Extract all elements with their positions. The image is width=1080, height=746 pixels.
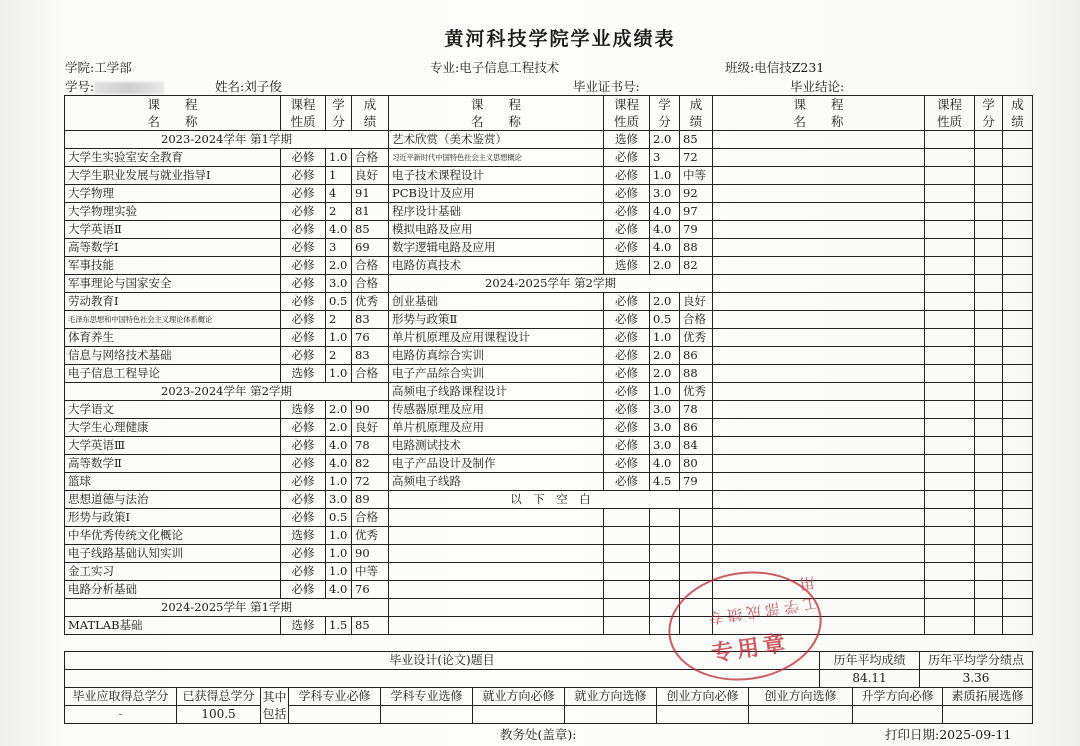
course-row: 军事理论与国家安全必修3.0合格 bbox=[65, 275, 389, 293]
course-type: 必修 bbox=[604, 203, 650, 221]
course-name: 单片机原理及应用 bbox=[389, 419, 604, 437]
academic-office-seal-label: 教务处(盖章): bbox=[500, 725, 576, 743]
empty-row bbox=[713, 329, 1033, 347]
course-credit: 4.0 bbox=[650, 239, 680, 257]
course-row: 电路仿真技术选修2.082 bbox=[389, 257, 713, 275]
grades-table-column-2: 课 程名 称课程性质学分成绩艺术欣赏（美术鉴赏）选修2.085习近平新时代中国特… bbox=[388, 95, 713, 635]
course-row: 大学生心理健康必修2.0良好 bbox=[65, 419, 389, 437]
transcript-page: 黄河科技学院学业成绩表 学院:工学部 专业:电子信息工程技术 班级:电信技Z23… bbox=[0, 0, 1080, 746]
empty-row bbox=[389, 509, 713, 527]
course-row: 电路分析基础必修4.076 bbox=[65, 581, 389, 599]
category-1: 学科专业选修 bbox=[381, 688, 473, 706]
course-score: 72 bbox=[680, 149, 713, 167]
course-credit: 1.0 bbox=[650, 167, 680, 185]
empty-row bbox=[713, 185, 1033, 203]
course-score: 83 bbox=[352, 347, 389, 365]
grades-table-column-3: 课 程名 称课程性质学分成绩 bbox=[712, 95, 1033, 635]
grades-table-column-1: 课 程名 称课程性质学分成绩2023-2024学年 第1学期大学生实验室安全教育… bbox=[64, 95, 389, 635]
course-credit: 1.0 bbox=[326, 365, 352, 383]
course-credit: 2 bbox=[326, 203, 352, 221]
course-score: 90 bbox=[352, 545, 389, 563]
course-credit: 2 bbox=[326, 347, 352, 365]
credits-summary-table: 毕业应取得总学分 已获得总学分 其中 包括 学科专业必修 学科专业选修 就业方向… bbox=[64, 687, 1033, 724]
course-credit: 2.0 bbox=[650, 293, 680, 311]
course-type: 必修 bbox=[604, 365, 650, 383]
course-row: 模拟电路及应用必修4.079 bbox=[389, 221, 713, 239]
course-row: PCB设计及应用必修3.092 bbox=[389, 185, 713, 203]
course-name: 高等数学Ⅰ bbox=[65, 239, 281, 257]
course-name: 形势与政策Ⅰ bbox=[65, 509, 281, 527]
course-type: 必修 bbox=[281, 239, 326, 257]
course-type: 必修 bbox=[604, 455, 650, 473]
course-name: 形势与政策Ⅱ bbox=[389, 311, 604, 329]
course-credit: 2.0 bbox=[650, 131, 680, 149]
header-course-name: 课 程名 称 bbox=[713, 96, 925, 131]
course-credit: 3 bbox=[326, 239, 352, 257]
header-credit: 学分 bbox=[326, 96, 352, 131]
course-row: 习近平新时代中国特色社会主义思想概论必修372 bbox=[389, 149, 713, 167]
course-row: 单片机原理及应用必修3.086 bbox=[389, 419, 713, 437]
course-row: 电子产品综合实训必修2.088 bbox=[389, 365, 713, 383]
course-name: 创业基础 bbox=[389, 293, 604, 311]
course-type: 必修 bbox=[604, 347, 650, 365]
course-row: 电子技术课程设计必修1.0中等 bbox=[389, 167, 713, 185]
course-row: 大学语文选修2.090 bbox=[65, 401, 389, 419]
category-3: 就业方向选修 bbox=[565, 688, 657, 706]
course-row: 体育养生必修1.076 bbox=[65, 329, 389, 347]
empty-row bbox=[389, 581, 713, 599]
course-credit: 0.5 bbox=[326, 293, 352, 311]
course-credit: 2.0 bbox=[650, 257, 680, 275]
course-score: 83 bbox=[352, 311, 389, 329]
course-credit: 3.0 bbox=[650, 437, 680, 455]
course-credit: 4.0 bbox=[650, 221, 680, 239]
course-type: 必修 bbox=[604, 473, 650, 491]
course-name: 思想道德与法治 bbox=[65, 491, 281, 509]
course-type: 必修 bbox=[604, 167, 650, 185]
course-row: MATLAB基础选修1.585 bbox=[65, 617, 389, 635]
course-type: 选修 bbox=[604, 257, 650, 275]
empty-row bbox=[713, 401, 1033, 419]
course-score: 优秀 bbox=[680, 329, 713, 347]
course-credit: 3.0 bbox=[326, 491, 352, 509]
course-name: 大学生心理健康 bbox=[65, 419, 281, 437]
course-credit: 4.5 bbox=[650, 473, 680, 491]
course-credit: 3.0 bbox=[650, 185, 680, 203]
course-score: 合格 bbox=[352, 257, 389, 275]
print-date: 打印日期:2025-09-11 bbox=[885, 725, 1011, 743]
course-name: 大学英语Ⅱ bbox=[65, 221, 281, 239]
course-score: 88 bbox=[680, 365, 713, 383]
course-credit: 2 bbox=[326, 311, 352, 329]
course-score: 中等 bbox=[680, 167, 713, 185]
course-row: 创业基础必修2.0良好 bbox=[389, 293, 713, 311]
course-name: 大学生实验室安全教育 bbox=[65, 149, 281, 167]
course-name: 电路分析基础 bbox=[65, 581, 281, 599]
course-score: 82 bbox=[680, 257, 713, 275]
including-label: 其中 包括 bbox=[261, 688, 289, 724]
empty-row bbox=[713, 527, 1033, 545]
course-type: 必修 bbox=[604, 293, 650, 311]
course-score: 76 bbox=[352, 581, 389, 599]
header-score: 成绩 bbox=[352, 96, 389, 131]
course-name: 大学语文 bbox=[65, 401, 281, 419]
course-type: 必修 bbox=[281, 275, 326, 293]
header-score: 成绩 bbox=[680, 96, 713, 131]
category-2: 就业方向必修 bbox=[473, 688, 565, 706]
course-type: 必修 bbox=[281, 419, 326, 437]
empty-row bbox=[713, 239, 1033, 257]
course-type: 必修 bbox=[604, 149, 650, 167]
course-credit: 1.0 bbox=[326, 527, 352, 545]
course-score: 80 bbox=[680, 455, 713, 473]
course-score: 86 bbox=[680, 347, 713, 365]
course-score: 合格 bbox=[352, 365, 389, 383]
course-type: 必修 bbox=[281, 509, 326, 527]
course-credit: 2.0 bbox=[326, 401, 352, 419]
course-score: 90 bbox=[352, 401, 389, 419]
course-row: 大学物理必修491 bbox=[65, 185, 389, 203]
course-credit: 3 bbox=[650, 149, 680, 167]
course-row: 电子产品设计及制作必修4.080 bbox=[389, 455, 713, 473]
semester-header: 2024-2025学年 第1学期 bbox=[65, 599, 389, 617]
course-row: 大学生职业发展与就业指导Ⅰ必修1良好 bbox=[65, 167, 389, 185]
course-score: 78 bbox=[352, 437, 389, 455]
course-type: 必修 bbox=[281, 347, 326, 365]
category-7: 素质拓展选修 bbox=[943, 688, 1033, 706]
category-5: 创业方向选修 bbox=[749, 688, 853, 706]
empty-row bbox=[713, 203, 1033, 221]
course-row: 中华优秀传统文化概论选修1.0优秀 bbox=[65, 527, 389, 545]
course-score: 合格 bbox=[352, 149, 389, 167]
avg-gpa-label: 历年平均学分绩点 bbox=[920, 652, 1033, 670]
course-credit: 1.0 bbox=[326, 329, 352, 347]
course-score: 84 bbox=[680, 437, 713, 455]
course-type: 必修 bbox=[281, 437, 326, 455]
course-score: 合格 bbox=[352, 275, 389, 293]
course-credit: 3.0 bbox=[326, 275, 352, 293]
document-title: 黄河科技学院学业成绩表 bbox=[0, 24, 1080, 51]
course-type: 选修 bbox=[281, 401, 326, 419]
course-row: 大学英语Ⅱ必修4.085 bbox=[65, 221, 389, 239]
empty-row bbox=[713, 419, 1033, 437]
course-name: 篮球 bbox=[65, 473, 281, 491]
header-course-name: 课 程名 称 bbox=[65, 96, 281, 131]
empty-row bbox=[389, 527, 713, 545]
empty-row bbox=[389, 599, 713, 617]
course-type: 必修 bbox=[604, 419, 650, 437]
course-row: 艺术欣赏（美术鉴赏）选修2.085 bbox=[389, 131, 713, 149]
course-name: 传感器原理及应用 bbox=[389, 401, 604, 419]
course-row: 高频电子线路课程设计必修1.0优秀 bbox=[389, 383, 713, 401]
course-name: 高频电子线路 bbox=[389, 473, 604, 491]
semester-header: 2023-2024学年 第2学期 bbox=[65, 383, 389, 401]
table-header-row: 课 程名 称课程性质学分成绩 bbox=[713, 96, 1033, 131]
course-type: 选修 bbox=[604, 131, 650, 149]
course-type: 必修 bbox=[281, 563, 326, 581]
course-credit: 4.0 bbox=[326, 581, 352, 599]
course-row: 大学生实验室安全教育必修1.0合格 bbox=[65, 149, 389, 167]
course-name: 习近平新时代中国特色社会主义思想概论 bbox=[389, 149, 604, 167]
course-credit: 0.5 bbox=[326, 509, 352, 527]
course-name: 高频电子线路课程设计 bbox=[389, 383, 604, 401]
course-credit: 2.0 bbox=[650, 365, 680, 383]
student-name: 姓名:刘子俊 bbox=[215, 77, 282, 95]
header-course-type: 课程性质 bbox=[604, 96, 650, 131]
course-row: 信息与网络技术基础必修283 bbox=[65, 347, 389, 365]
course-row: 电路仿真综合实训必修2.086 bbox=[389, 347, 713, 365]
course-score: 86 bbox=[680, 419, 713, 437]
course-row: 形势与政策Ⅰ必修0.5合格 bbox=[65, 509, 389, 527]
course-type: 必修 bbox=[604, 239, 650, 257]
course-row: 毛泽东思想和中国特色社会主义理论体系概论必修283 bbox=[65, 311, 389, 329]
course-name: 电路仿真技术 bbox=[389, 257, 604, 275]
course-row: 军事技能必修2.0合格 bbox=[65, 257, 389, 275]
course-score: 81 bbox=[352, 203, 389, 221]
empty-row bbox=[713, 491, 1033, 509]
course-type: 必修 bbox=[604, 221, 650, 239]
empty-row bbox=[713, 509, 1033, 527]
course-row: 高等数学Ⅱ必修4.082 bbox=[65, 455, 389, 473]
course-score: 76 bbox=[352, 329, 389, 347]
course-credit: 4.0 bbox=[650, 203, 680, 221]
earned-credits-label: 已获得总学分 bbox=[177, 688, 261, 706]
course-score: 85 bbox=[352, 221, 389, 239]
course-row: 高频电子线路必修4.579 bbox=[389, 473, 713, 491]
course-credit: 4.0 bbox=[650, 455, 680, 473]
course-name: 电子产品设计及制作 bbox=[389, 455, 604, 473]
course-name: 中华优秀传统文化概论 bbox=[65, 527, 281, 545]
course-type: 选修 bbox=[281, 617, 326, 635]
empty-row bbox=[713, 545, 1033, 563]
course-type: 必修 bbox=[281, 545, 326, 563]
empty-row bbox=[713, 455, 1033, 473]
course-score: 良好 bbox=[352, 167, 389, 185]
header-course-type: 课程性质 bbox=[281, 96, 326, 131]
course-row: 高等数学Ⅰ必修369 bbox=[65, 239, 389, 257]
empty-row bbox=[389, 563, 713, 581]
course-score: 69 bbox=[352, 239, 389, 257]
course-name: 模拟电路及应用 bbox=[389, 221, 604, 239]
course-credit: 2.0 bbox=[326, 419, 352, 437]
course-type: 选修 bbox=[281, 365, 326, 383]
course-type: 必修 bbox=[281, 581, 326, 599]
course-score: 优秀 bbox=[352, 527, 389, 545]
course-type: 必修 bbox=[281, 257, 326, 275]
course-score: 92 bbox=[680, 185, 713, 203]
table-header-row: 课 程名 称课程性质学分成绩 bbox=[65, 96, 389, 131]
course-name: 数字逻辑电路及应用 bbox=[389, 239, 604, 257]
course-row: 传感器原理及应用必修3.078 bbox=[389, 401, 713, 419]
semester-header: 以 下 空 白 bbox=[389, 491, 713, 509]
course-score: 合格 bbox=[680, 311, 713, 329]
header-credit: 学分 bbox=[650, 96, 680, 131]
course-type: 必修 bbox=[281, 491, 326, 509]
avg-score-value: 84.11 bbox=[820, 670, 920, 688]
empty-row bbox=[713, 365, 1033, 383]
course-type: 必修 bbox=[281, 311, 326, 329]
course-name: 信息与网络技术基础 bbox=[65, 347, 281, 365]
required-credits-value: - bbox=[65, 706, 177, 724]
course-score: 79 bbox=[680, 221, 713, 239]
course-score: 82 bbox=[352, 455, 389, 473]
empty-row bbox=[389, 545, 713, 563]
header-credit: 学分 bbox=[975, 96, 1003, 131]
course-row: 金工实习必修1.0中等 bbox=[65, 563, 389, 581]
course-row: 电路测试技术必修3.084 bbox=[389, 437, 713, 455]
course-type: 必修 bbox=[281, 329, 326, 347]
course-type: 必修 bbox=[604, 401, 650, 419]
header-score: 成绩 bbox=[1003, 96, 1033, 131]
course-credit: 4.0 bbox=[326, 437, 352, 455]
course-name: 单片机原理及应用课程设计 bbox=[389, 329, 604, 347]
header-course-name: 课 程名 称 bbox=[389, 96, 604, 131]
course-score: 97 bbox=[680, 203, 713, 221]
course-type: 选修 bbox=[281, 527, 326, 545]
course-type: 必修 bbox=[604, 383, 650, 401]
college-label: 学院:工学部 bbox=[65, 58, 132, 76]
course-name: 电子线路基础认知实训 bbox=[65, 545, 281, 563]
empty-row bbox=[713, 383, 1033, 401]
course-score: 78 bbox=[680, 401, 713, 419]
course-credit: 4 bbox=[326, 185, 352, 203]
course-score: 合格 bbox=[352, 509, 389, 527]
course-name: 艺术欣赏（美术鉴赏） bbox=[389, 131, 604, 149]
course-name: 军事理论与国家安全 bbox=[65, 275, 281, 293]
course-row: 电子信息工程导论选修1.0合格 bbox=[65, 365, 389, 383]
course-type: 必修 bbox=[281, 185, 326, 203]
course-credit: 1.0 bbox=[650, 329, 680, 347]
course-type: 必修 bbox=[281, 473, 326, 491]
course-score: 优秀 bbox=[352, 293, 389, 311]
thesis-summary-table: 毕业设计(论文)题目 历年平均成绩 历年平均学分绩点 84.11 3.36 bbox=[64, 651, 1033, 688]
seal-main-text: 专用章 bbox=[709, 626, 791, 668]
course-row: 电子线路基础认知实训必修1.090 bbox=[65, 545, 389, 563]
course-row: 大学物理实验必修281 bbox=[65, 203, 389, 221]
course-credit: 4.0 bbox=[326, 455, 352, 473]
course-type: 必修 bbox=[604, 329, 650, 347]
class-label: 班级:电信技Z231 bbox=[725, 58, 824, 76]
course-row: 劳动教育Ⅰ必修0.5优秀 bbox=[65, 293, 389, 311]
course-score: 72 bbox=[352, 473, 389, 491]
course-credit: 0.5 bbox=[650, 311, 680, 329]
course-name: 毛泽东思想和中国特色社会主义理论体系概论 bbox=[65, 311, 281, 329]
course-type: 必修 bbox=[604, 437, 650, 455]
course-row: 思想道德与法治必修3.089 bbox=[65, 491, 389, 509]
major-label: 专业:电子信息工程技术 bbox=[430, 58, 559, 76]
course-name: 电子技术课程设计 bbox=[389, 167, 604, 185]
empty-row bbox=[713, 149, 1033, 167]
course-type: 必修 bbox=[281, 455, 326, 473]
course-score: 91 bbox=[352, 185, 389, 203]
course-type: 必修 bbox=[281, 149, 326, 167]
course-type: 必修 bbox=[281, 221, 326, 239]
course-row: 程序设计基础必修4.097 bbox=[389, 203, 713, 221]
semester-header: 2024-2025学年 第2学期 bbox=[389, 275, 713, 293]
avg-score-label: 历年平均成绩 bbox=[820, 652, 920, 670]
course-score: 良好 bbox=[352, 419, 389, 437]
empty-row bbox=[713, 257, 1033, 275]
course-credit: 1.0 bbox=[326, 149, 352, 167]
course-name: PCB设计及应用 bbox=[389, 185, 604, 203]
seal-ring-text: 工学部成绩专用 bbox=[694, 572, 819, 630]
category-0: 学科专业必修 bbox=[289, 688, 381, 706]
category-4: 创业方向必修 bbox=[657, 688, 749, 706]
course-name: 体育养生 bbox=[65, 329, 281, 347]
course-credit: 4.0 bbox=[326, 221, 352, 239]
empty-row bbox=[713, 167, 1033, 185]
avg-gpa-value: 3.36 bbox=[920, 670, 1033, 688]
required-credits-label: 毕业应取得总学分 bbox=[65, 688, 177, 706]
student-id-label: 学号: bbox=[65, 79, 94, 94]
course-name: 大学英语Ⅲ bbox=[65, 437, 281, 455]
empty-row bbox=[713, 293, 1033, 311]
course-credit: 2.0 bbox=[650, 347, 680, 365]
course-name: 大学物理实验 bbox=[65, 203, 281, 221]
empty-row bbox=[713, 311, 1033, 329]
empty-row bbox=[713, 221, 1033, 239]
earned-credits-value: 100.5 bbox=[177, 706, 261, 724]
course-type: 必修 bbox=[604, 311, 650, 329]
course-name: 电路测试技术 bbox=[389, 437, 604, 455]
empty-row bbox=[713, 347, 1033, 365]
course-score: 中等 bbox=[352, 563, 389, 581]
course-type: 必修 bbox=[281, 167, 326, 185]
course-type: 必修 bbox=[281, 203, 326, 221]
course-name: MATLAB基础 bbox=[65, 617, 281, 635]
category-6: 升学方向必修 bbox=[853, 688, 943, 706]
course-row: 单片机原理及应用课程设计必修1.0优秀 bbox=[389, 329, 713, 347]
course-name: 劳动教育Ⅰ bbox=[65, 293, 281, 311]
redacted-id bbox=[94, 82, 164, 94]
course-score: 89 bbox=[352, 491, 389, 509]
course-credit: 1.0 bbox=[326, 545, 352, 563]
course-name: 电子信息工程导论 bbox=[65, 365, 281, 383]
course-name: 高等数学Ⅱ bbox=[65, 455, 281, 473]
course-row: 篮球必修1.072 bbox=[65, 473, 389, 491]
course-name: 程序设计基础 bbox=[389, 203, 604, 221]
course-row: 数字逻辑电路及应用必修4.088 bbox=[389, 239, 713, 257]
course-credit: 1.0 bbox=[326, 473, 352, 491]
course-credit: 1.5 bbox=[326, 617, 352, 635]
course-name: 电子产品综合实训 bbox=[389, 365, 604, 383]
semester-header: 2023-2024学年 第1学期 bbox=[65, 131, 389, 149]
course-score: 85 bbox=[680, 131, 713, 149]
course-score: 88 bbox=[680, 239, 713, 257]
course-score: 优秀 bbox=[680, 383, 713, 401]
certificate-number-label: 毕业证书号: bbox=[573, 77, 640, 95]
empty-row bbox=[713, 275, 1033, 293]
course-score: 85 bbox=[352, 617, 389, 635]
header-course-type: 课程性质 bbox=[925, 96, 975, 131]
course-name: 金工实习 bbox=[65, 563, 281, 581]
course-name: 大学物理 bbox=[65, 185, 281, 203]
table-header-row: 课 程名 称课程性质学分成绩 bbox=[389, 96, 713, 131]
course-credit: 1.0 bbox=[650, 383, 680, 401]
empty-row bbox=[713, 473, 1033, 491]
course-name: 军事技能 bbox=[65, 257, 281, 275]
course-credit: 2.0 bbox=[326, 257, 352, 275]
course-type: 必修 bbox=[281, 293, 326, 311]
course-name: 电路仿真综合实训 bbox=[389, 347, 604, 365]
course-credit: 3.0 bbox=[650, 401, 680, 419]
course-score: 79 bbox=[680, 473, 713, 491]
course-credit: 1.0 bbox=[326, 563, 352, 581]
empty-row bbox=[713, 437, 1033, 455]
course-score: 良好 bbox=[680, 293, 713, 311]
student-id: 学号: bbox=[65, 77, 164, 95]
course-row: 形势与政策Ⅱ必修0.5合格 bbox=[389, 311, 713, 329]
